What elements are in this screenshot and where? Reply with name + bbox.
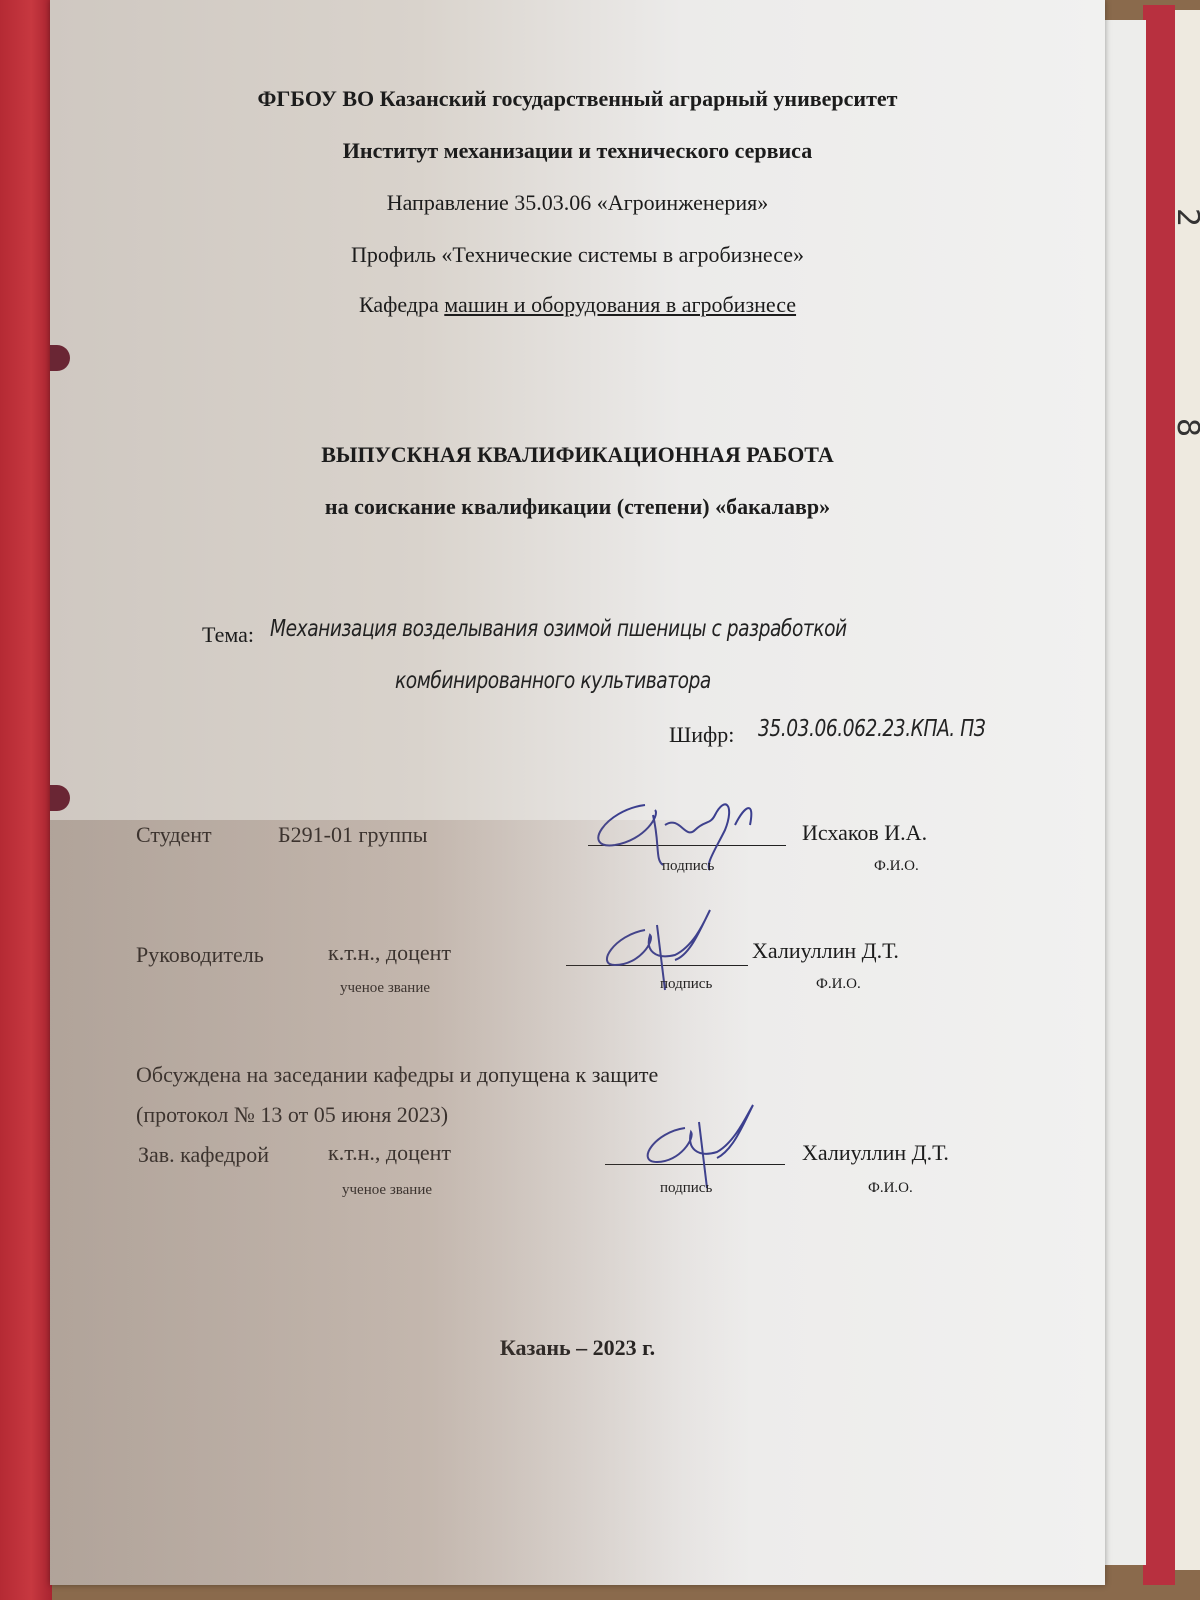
supervisor-degree-caption: ученое звание [340,980,430,997]
approval-line1: Обсуждена на заседании кафедры и допущен… [136,1062,658,1088]
head-sign-caption: подпись [660,1180,712,1197]
work-type: ВЫПУСКНАЯ КВАЛИФИКАЦИОННАЯ РАБОТА [50,442,1105,468]
cipher-value: 35.03.06.062.23.КПА. ПЗ [758,716,985,742]
folder-cover-left [0,0,52,1600]
head-degree: к.т.н., доцент [328,1140,451,1166]
head-name: Халиуллин Д.Т. [802,1140,949,1166]
approval-line2: (протокол № 13 от 05 июня 2023) [136,1102,448,1128]
supervisor-role: Руководитель [136,942,264,968]
supervisor-name: Халиуллин Д.Т. [752,938,899,964]
cipher-label: Шифр: [669,722,734,748]
head-role: Зав. кафедрой [138,1142,269,1168]
department: Кафедра машин и оборудования в агробизне… [50,292,1105,318]
supervisor-name-caption: Ф.И.О. [816,976,861,993]
binder-hole [50,345,70,371]
city-year: Казань – 2023 г. [50,1335,1105,1361]
department-name: машин и оборудования в агробизнесе [444,292,796,317]
topic-label: Тема: [202,622,254,648]
topic-line2-wrap: комбинированного культиватора [395,668,746,694]
topic-line1-wrap: Механизация возделывания озимой пшеницы … [270,616,911,642]
topic-line2: комбинированного культиватора [395,668,711,694]
department-prefix: Кафедра [359,292,439,317]
head-name-caption: Ф.И.О. [868,1180,913,1197]
supervisor-degree: к.т.н., доцент [328,940,451,966]
student-sign-caption: подпись [662,858,714,875]
folder-cover-right [1143,5,1175,1585]
cipher-value-wrap: 35.03.06.062.23.КПА. ПЗ [758,716,1011,742]
institute-name: Институт механизации и технического серв… [50,138,1105,164]
binder-hole [50,785,70,811]
student-name: Исхаков И.А. [802,820,927,846]
profile: Профиль «Технические системы в агробизне… [50,242,1105,268]
university-name: ФГБОУ ВО Казанский государственный аграр… [50,86,1105,112]
head-degree-caption: ученое звание [342,1182,432,1199]
side-sheet: 2 8 [1172,10,1200,1570]
qualification: на соискание квалификации (степени) «бак… [50,494,1105,520]
supervisor-sign-caption: подпись [660,976,712,993]
student-group: Б291-01 группы [278,822,428,848]
direction: Направление 35.03.06 «Агроинженерия» [50,190,1105,216]
student-name-caption: Ф.И.О. [874,858,919,875]
head-signature [635,1100,785,1190]
title-page: ФГБОУ ВО Казанский государственный аграр… [50,0,1105,1585]
student-role: Студент [136,822,212,848]
topic-line1: Механизация возделывания озимой пшеницы … [270,616,847,642]
underlying-sheet [1100,20,1146,1565]
